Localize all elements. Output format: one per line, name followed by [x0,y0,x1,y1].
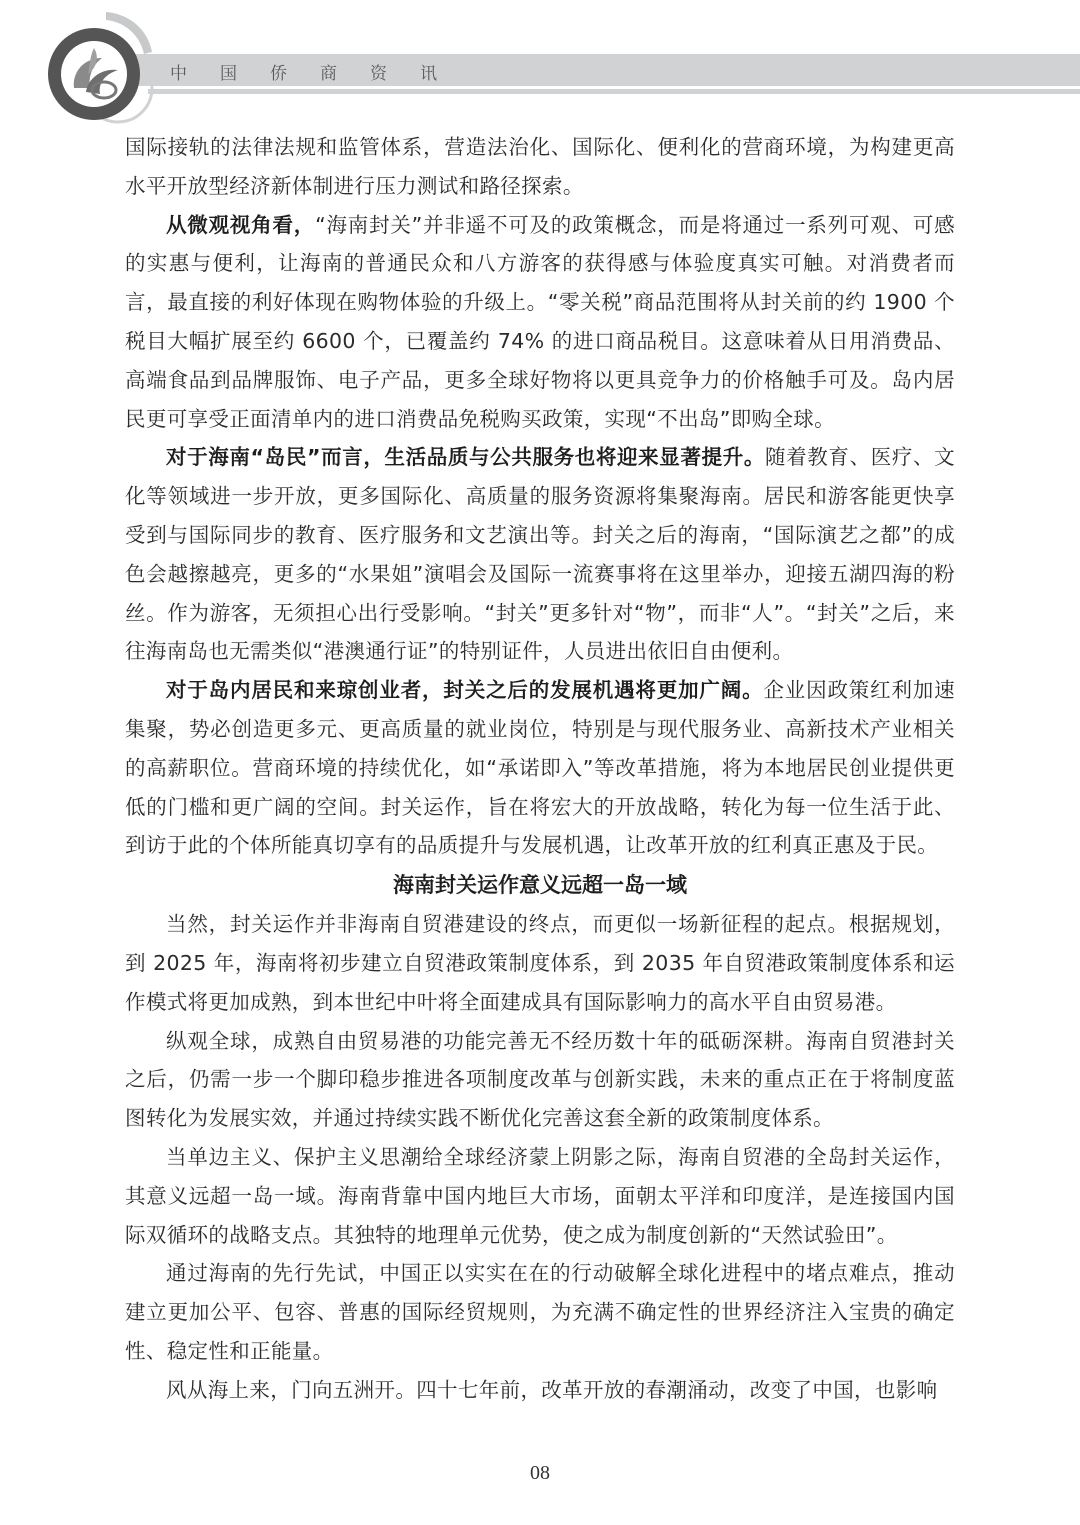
section-heading: 海南封关运作意义远超一岛一域 [125,865,955,905]
paragraph: 当然，封关运作并非海南自贸港建设的终点，而更似一场新征程的起点。根据规划，到 2… [125,905,955,1021]
paragraph: 当单边主义、保护主义思潮给全球经济蒙上阴影之际，海南自贸港的全岛封关运作，其意义… [125,1138,955,1254]
article-body: 国际接轨的法律法规和监管体系，营造法治化、国际化、便利化的营商环境，为构建更高水… [125,128,955,1410]
lead-in-bold: 从微观视角看， [166,213,315,237]
paragraph: 国际接轨的法律法规和监管体系，营造法治化、国际化、便利化的营商环境，为构建更高水… [125,128,955,206]
paragraph: 风从海上来，门向五洲开。四十七年前，改革开放的春潮涌动，改变了中国，也影响 [125,1371,955,1410]
lead-in-bold: 对于岛内居民和来琼创业者，封关之后的发展机遇将更加广阔。 [166,678,763,702]
paragraph: 通过海南的先行先试，中国正以实实在在的行动破解全球化进程中的堵点难点，推动建立更… [125,1254,955,1370]
paragraph: 对于岛内居民和来琼创业者，封关之后的发展机遇将更加广阔。企业因政策红利加速集聚，… [125,671,955,865]
paragraph: 对于海南“岛民”而言，生活品质与公共服务也将迎来显著提升。随着教育、医疗、文化等… [125,438,955,671]
page-header: 中国侨商资讯 [0,0,1080,130]
lead-in-bold: 对于海南“岛民”而言，生活品质与公共服务也将迎来显著提升。 [166,445,765,469]
federation-logo-icon [44,8,160,126]
page-number: 08 [0,1462,1080,1485]
header-rule [148,89,1080,94]
paragraph: 从微观视角看，“海南封关”并非遥不可及的政策概念，而是将通过一系列可观、可感的实… [125,206,955,439]
paragraph: 纵观全球，成熟自由贸易港的功能完善无不经历数十年的砥砺深耕。海南自贸港封关之后，… [125,1022,955,1138]
publication-title: 中国侨商资讯 [170,59,470,84]
